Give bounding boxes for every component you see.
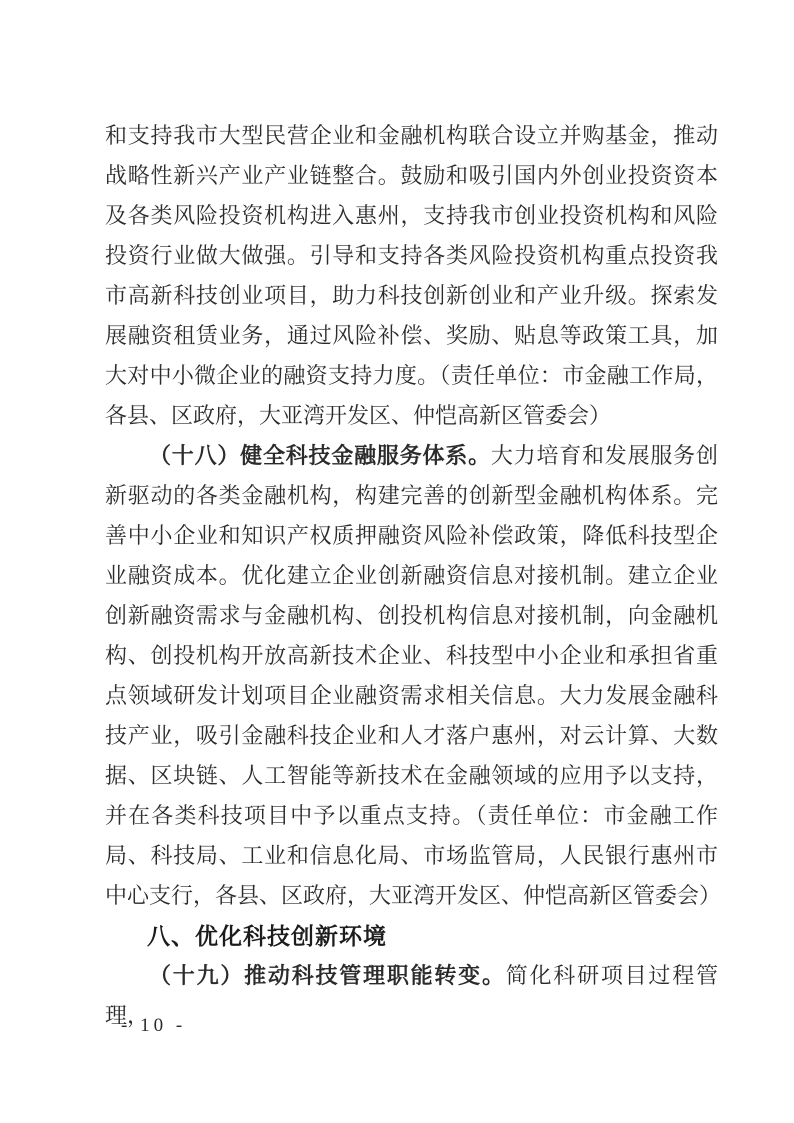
paragraph-clause-19: （十九）推动科技管理职能转变。简化科研项目过程管理， xyxy=(105,956,718,1036)
document-page: 和支持我市大型民营企业和金融机构联合设立并购基金，推动战略性新兴产业产业链整合。… xyxy=(0,0,794,1123)
document-body: 和支持我市大型民营企业和金融机构联合设立并购基金，推动战略性新兴产业产业链整合。… xyxy=(105,116,718,1036)
section-heading-8: 八、优化科技创新环境 xyxy=(105,916,718,956)
clause-19-lead: （十九）推动科技管理职能转变。 xyxy=(149,963,506,988)
paragraph-clause-18: （十八）健全科技金融服务体系。大力培育和发展服务创新驱动的各类金融机构，构建完善… xyxy=(105,436,718,916)
page-number: - 10 - xyxy=(121,1015,186,1036)
clause-18-lead: （十八）健全科技金融服务体系。 xyxy=(149,443,491,468)
page-footer: - 10 - xyxy=(121,1014,186,1038)
paragraph-continuation: 和支持我市大型民营企业和金融机构联合设立并购基金，推动战略性新兴产业产业链整合。… xyxy=(105,116,718,436)
clause-18-body: 大力培育和发展服务创新驱动的各类金融机构，构建完善的创新型金融机构体系。完善中小… xyxy=(105,443,721,908)
